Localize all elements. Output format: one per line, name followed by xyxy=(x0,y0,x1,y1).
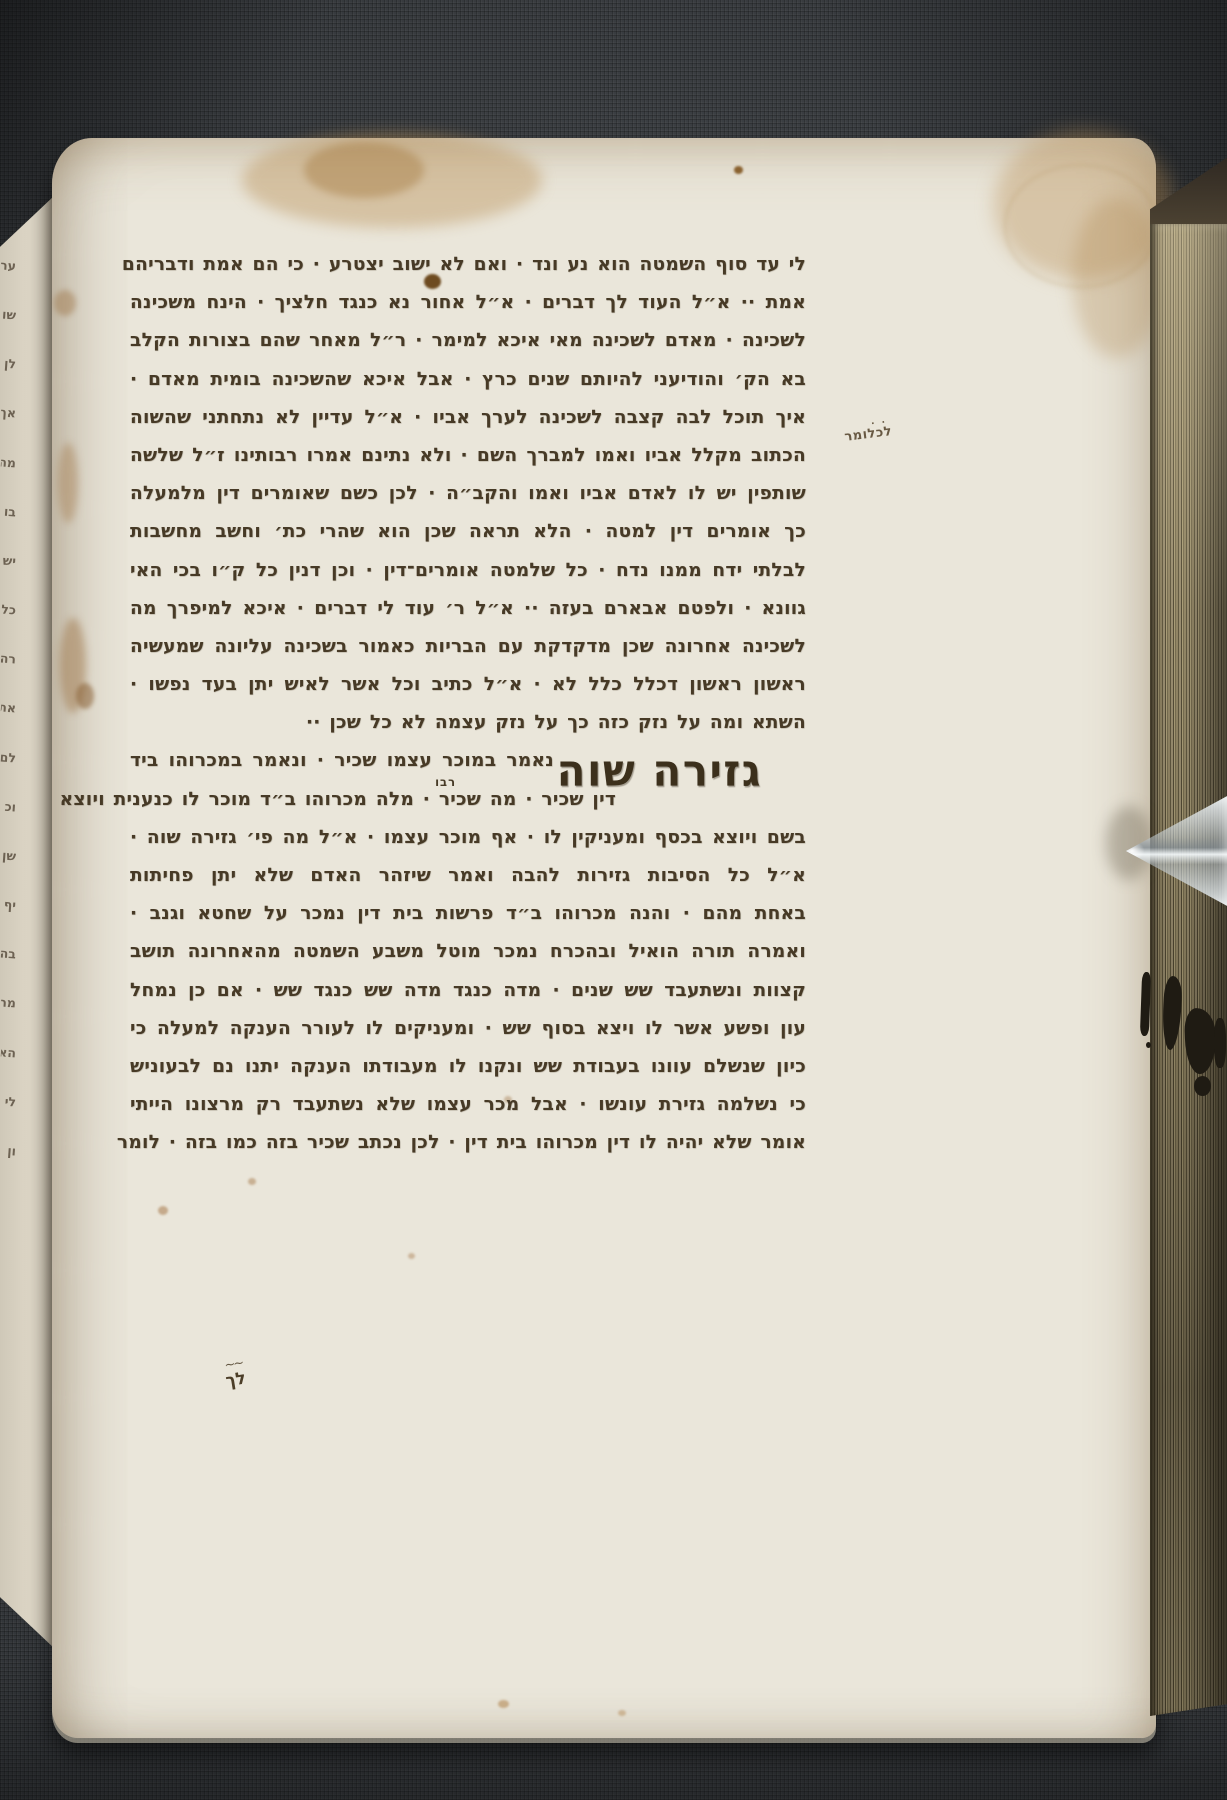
text-line: איך תוכל לבה קצבה לשכינה לערך אביו · א״ל… xyxy=(130,407,806,445)
interlinear-note: רבו xyxy=(435,775,456,789)
gutter-stain xyxy=(58,443,78,523)
text-fragment: וכ xyxy=(0,798,16,814)
stain xyxy=(994,130,1174,280)
text-line: ראשון ראשון דכלל כלל לא · א״ל כתיב וכל א… xyxy=(130,674,806,712)
text-line: לי עד סוף השמטה הוא נע ונד · ואם לא ישוב… xyxy=(130,254,806,292)
text-fragment: הא xyxy=(0,1044,16,1060)
text-block: לי עד סוף השמטה הוא נע ונד · ואם לא ישוב… xyxy=(130,254,806,1171)
text-line: כי נשלמה גזירת עונשו · אבל מכר עצמו שלא … xyxy=(130,1094,806,1132)
text-line: לשכינה · מאדם לשכינה מאי איכא למימר · ר״… xyxy=(130,330,806,368)
text-fragment: לם xyxy=(0,749,16,765)
gutter-stain xyxy=(60,618,86,713)
text-line: שותפין יש לו לאדם אביו ואמו והקב״ה · לכן… xyxy=(130,483,806,521)
gutter-stain xyxy=(54,290,76,316)
text-fragment: בה xyxy=(0,946,16,962)
text-line: ואמרה תורה הואיל ובהכרח נמכר מוטל משבע ה… xyxy=(130,941,806,979)
foxing-spot xyxy=(158,1206,168,1215)
facing-page-edge: ער שו לן אך מה בו יש כל רה את לם וכ שן י… xyxy=(0,196,54,1648)
text-line: באחת מהם · והנה מכרוהו ב״ד פרשות בית דין… xyxy=(130,903,806,941)
margin-gloss: · · לכלומר xyxy=(843,417,893,445)
text-line: לשכינה אחרונה שכן מדקדקת עם הבריות כאמור… xyxy=(130,636,806,674)
foxing-spot xyxy=(408,1253,415,1259)
gutter-stain xyxy=(76,683,94,709)
ink-blot xyxy=(1194,1076,1211,1096)
ink-blot xyxy=(1214,1018,1226,1068)
text-line: כיון שנשלם עוונו בעבודת שש ונקנו לו מעבו… xyxy=(130,1056,806,1094)
text-fragment: את xyxy=(0,700,16,716)
text-line: נאמר במוכר עצמו שכיר · ונאמר במכרוהו ביד xyxy=(130,750,554,788)
stain xyxy=(242,132,542,228)
small-spot xyxy=(734,166,743,174)
manuscript-page: לי עד סוף השמטה הוא נע ונד · ואם לא ישוב… xyxy=(52,138,1156,1738)
cover-edge xyxy=(1150,150,1227,226)
gloss-text: לכלומר xyxy=(844,424,893,445)
catchword: ∼∼ לך xyxy=(208,1356,262,1393)
section-heading: גזירה שוה xyxy=(557,745,762,796)
text-fragment: שו xyxy=(0,307,16,323)
foxing-spot xyxy=(248,1178,256,1185)
text-fragment: אך xyxy=(0,405,16,421)
stain xyxy=(1072,198,1162,358)
text-line: דין שכיר · מה שכיר · מלה מכרוהו ב״ד מוכר… xyxy=(130,789,616,827)
text-line: הכתוב מקלל אביו ואמו למברך השם · ולא נתי… xyxy=(130,445,806,483)
text-line: גוונא · ולפטם אבארם בעזה ·· א״ל ר׳ עוד ל… xyxy=(130,598,806,636)
text-fragment: לי xyxy=(0,1093,16,1109)
foxing-spot xyxy=(498,1700,509,1708)
text-line: קצוות ונשתעבד שש שנים · מדה כנגד מדה שש … xyxy=(130,980,806,1018)
text-line: כך אומרים דין למטה · הלא תראה שכן הוא שה… xyxy=(130,521,806,559)
text-fragment: רה xyxy=(0,651,16,667)
stain xyxy=(304,142,424,198)
text-fragment: יש xyxy=(0,552,16,568)
text-fragment: בו xyxy=(0,503,16,519)
ring-stain xyxy=(1004,164,1158,288)
text-line: בא הק׳ והודיעני להיותם שנים כרץ · אבל אי… xyxy=(130,369,806,407)
foxing-spot xyxy=(618,1710,626,1716)
text-line: אמת ·· א״ל העוד לך דברים · א״ל אחור נא כ… xyxy=(130,292,806,330)
book-fore-edge xyxy=(1150,224,1227,1716)
text-fragment: שן xyxy=(0,847,16,863)
text-fragment: כל xyxy=(0,602,16,618)
text-fragment: מה xyxy=(0,454,16,470)
text-line: א״ל כל הסיבות גזירות להבה ואמר שיזהר האד… xyxy=(130,865,806,903)
text-fragment: ער xyxy=(0,257,16,273)
text-line: לבלתי ידח ממנו נדח · כל שלמטה אומרים־דין… xyxy=(130,560,806,598)
text-line: בשם ויוצא בכסף ומעניקין לו · אף מוכר עצמ… xyxy=(130,827,806,865)
ink-blot xyxy=(1146,1042,1151,1048)
text-line: אומר שלא יהיה לו דין מכרוהו בית דין · לכ… xyxy=(130,1132,806,1170)
facing-page-text-fragments: ער שו לן אך מה בו יש כל רה את לם וכ שן י… xyxy=(1,258,21,1158)
text-line: עון ופשע אשר לו ויצא בסוף שש · ומעניקים … xyxy=(130,1018,806,1056)
text-fragment: לן xyxy=(0,356,16,372)
book-photograph: ער שו לן אך מה בו יש כל רה את לם וכ שן י… xyxy=(0,0,1227,1800)
text-fragment: יף xyxy=(0,897,16,913)
text-fragment: ון xyxy=(0,1142,16,1158)
text-fragment: מר xyxy=(0,995,16,1011)
